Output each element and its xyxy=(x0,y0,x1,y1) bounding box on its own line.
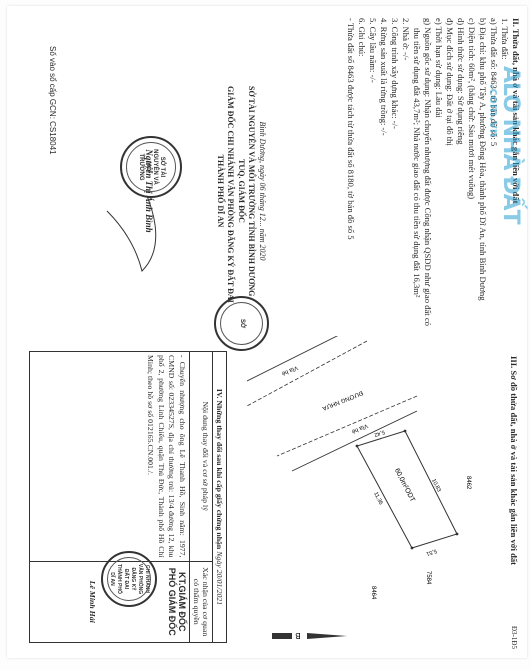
changes-column-header: Nội dung thay đổi và cơ sở pháp lý xyxy=(190,352,213,562)
screenshot-background: II. Thửa đất, nhà ở và tài sản khác gắn … xyxy=(0,0,531,670)
section-2: II. Thửa đất, nhà ở và tài sản khác gắn … xyxy=(345,18,521,318)
edge-length-bottom: 11,36 xyxy=(372,491,383,506)
section-2-line: 4. Rừng sản xuất là rừng trồng: -/- xyxy=(378,18,389,318)
signing-date: Bình Dương, ngày 06 tháng 12... năm 2020 xyxy=(257,86,268,296)
section-2-line: 3. Công trình xây dựng khác: -/- xyxy=(389,18,400,318)
section-4-signer: Lê Minh Hải xyxy=(88,565,97,639)
sidewalk-label: Vỉa hè xyxy=(350,422,369,435)
signature-mark xyxy=(97,191,167,281)
section-2-line: 5. Cây lâu năm: -/- xyxy=(367,18,378,318)
neighbor-parcel: 8464 xyxy=(370,586,376,600)
road-label: ĐƯỜNG NHỰA xyxy=(321,389,364,412)
signing-title: GIÁM ĐỐC CHI NHÁNH VĂN PHÒNG ĐĂNG KÝ ĐẤT… xyxy=(225,86,236,296)
section-2-line: 6. Ghi chú: xyxy=(356,18,367,318)
section-2-line: thu tiền sử dụng đất 43,7m²; Nhà nước gi… xyxy=(411,18,422,318)
section-2-line: c) Diện tích: 60m², (bằng chữ: Sáu mươi … xyxy=(466,18,477,318)
section-2-lines: 1. Thửa đất:a) Thửa đất số: 8463 , tờ bả… xyxy=(345,18,510,318)
svg-text:B: B xyxy=(295,631,300,640)
signing-tuq: TUQ. GIÁM ĐỐC xyxy=(236,86,247,296)
section-2-line: g) Nguồn gốc sử dụng: Nhận chuyển nhượng… xyxy=(422,18,433,318)
section-2-line: 2. Nhà ở: -/- xyxy=(400,18,411,318)
kt-giam-doc: KT.GIÁM ĐỐC xyxy=(177,565,187,639)
neighbor-parcel: 8462 xyxy=(465,476,471,490)
change-entry: - Chuyển nhượng cho ông Lê Thanh Hồ, Sin… xyxy=(30,352,190,562)
gcn-entry-number: Số vào sổ cấp GCN: CS18041 xyxy=(48,46,57,155)
sidewalk-label: Vỉa hè xyxy=(280,364,299,377)
section-2-line: e) Thời hạn sử dụng: Lâu dài xyxy=(433,18,444,318)
neighbor-parcel: 7584 xyxy=(425,571,431,585)
confirmation-column-header: Xác nhận của cơ quan có thẩm quyền xyxy=(190,561,213,642)
pho-giam-doc: PHÓ GIÁM ĐỐC xyxy=(167,565,177,639)
section-2-line: b) Địa chỉ: khu phố Tây A, phường Đông H… xyxy=(477,18,488,318)
edge-length-left: 5,42 xyxy=(373,428,385,437)
north-arrow-icon: B xyxy=(272,631,347,640)
section-4-title: IV. Những thay đổi sau khi cấp giấy chứn… xyxy=(213,352,227,643)
branch-stamp: CHI NHÁNH VĂN PHÒNG ĐĂNG KÝ ĐẤT ĐAI THÀN… xyxy=(101,551,157,607)
map-reference: Đ3-1Đ5 xyxy=(508,626,519,649)
certificate-page: II. Thửa đất, nhà ở và tài sản khác gắn … xyxy=(0,0,531,670)
section-2-line: - Thửa đất số 8463 được tách từ thửa đất… xyxy=(345,18,356,318)
section-3-title: III. Sơ đồ thửa đất, nhà ở và tài sản kh… xyxy=(508,356,519,565)
parcel-area-label: 60,0m²ODT xyxy=(393,467,416,503)
watermark-logo: ALO NHÀ ĐẤT xyxy=(499,66,521,224)
paper-sheet: II. Thửa đất, nhà ở và tài sản khác gắn … xyxy=(7,6,527,658)
parcel-diagram: 60,0m²ODT 10,83 5,51 11,36 5,42 8462 758… xyxy=(247,336,497,656)
signing-title-2: THÀNH PHỐ DĨ AN xyxy=(215,86,226,296)
section-2-line: đ) Mục đích sử dụng: Đất ở tại đô thị xyxy=(444,18,455,318)
official-stamp: SỞ TÀI NGUYÊN VÀ MÔI TRƯỜNG xyxy=(120,136,182,198)
signing-org: SỞ TÀI NGUYÊN VÀ MÔI TRƯỜNG TỈNH BÌNH DƯ… xyxy=(246,86,257,296)
edge-length-right: 5,51 xyxy=(425,547,437,556)
watermark-domain: .com.vn xyxy=(487,84,501,137)
edge-length-top: 10,83 xyxy=(430,478,442,493)
section-2-line: d) Hình thức sử dụng: Sử dụng riêng xyxy=(455,18,466,318)
